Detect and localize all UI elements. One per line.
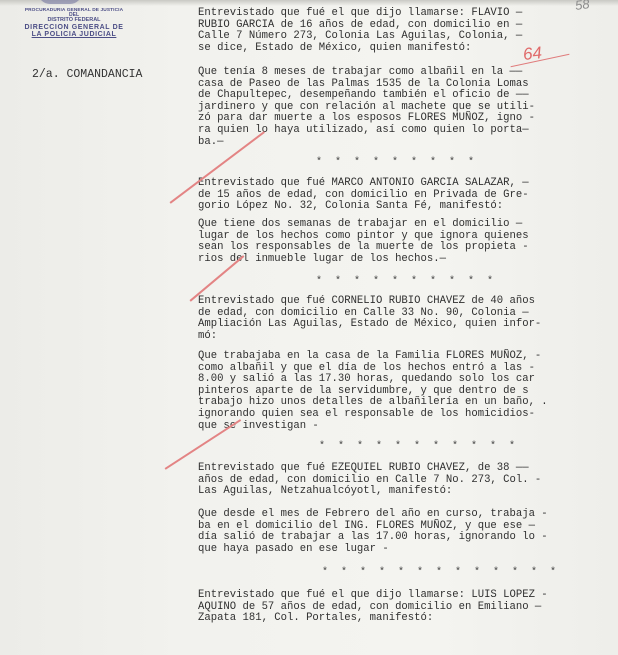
section-label: 2/a. COMANDANCIA [32,68,142,81]
separator: * * * * * * * * * * [316,276,497,287]
separator: * * * * * * * * * * * [319,441,519,452]
separator: * * * * * * * * * * * * * [322,567,560,578]
stamp-line: LA POLICIA JUDICIAL [14,31,134,38]
entry-intro: Entrevistado que fué MARCO ANTONIO GARCI… [198,178,598,213]
agency-stamp: PROCURADURIA GENERAL DE JUSTICIA DEL DIS… [14,8,134,39]
entry-statement: Que tiene dos semanas de trabajar en el … [198,219,598,265]
entry-intro: Entrevistado que fué CORNELIO RUBIO CHAV… [198,296,598,342]
entry-intro: Entrevistado que fué el que dijo llamars… [198,590,598,625]
stamp-line: DIRECCION GENERAL DE [14,24,134,31]
entry-intro: Entrevistado que fué el que dijo llamars… [198,8,598,54]
separator: * * * * * * * * * [316,157,478,168]
page-top-shadow [0,0,618,6]
entry-statement: Que desde el mes de Febrero del año en c… [198,509,598,555]
entry-intro: Entrevistado que fué EZEQUIEL RUBIO CHAV… [198,463,598,498]
entry-statement: Que trabajaba en la casa de la Familia F… [198,351,598,432]
